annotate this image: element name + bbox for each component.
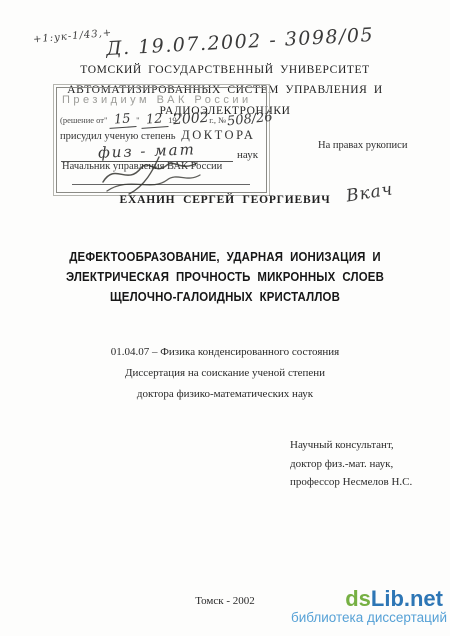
dissertation-title-line: ДЕФЕКТООБРАЗОВАНИЕ, УДАРНАЯ ИОНИЗАЦИЯ И	[27, 249, 423, 264]
dissertation-title-line: ЩЕЛОЧНО-ГАЛОИДНЫХ КРИСТАЛЛОВ	[27, 289, 423, 304]
consultant-block: Научный консультант, доктор физ.-мат. на…	[290, 436, 412, 492]
stamp-field-suffix: наук	[237, 149, 258, 161]
decision-prefix: (решение от	[60, 115, 104, 125]
decision-close-quote: "	[136, 115, 139, 125]
consultant-degree: доктор физ.-мат. наук,	[290, 455, 412, 474]
specialty-code: 01.04.07 – Физика конденсированного сост…	[0, 346, 450, 358]
awarded-prefix: присудил ученую степень	[60, 131, 176, 142]
stamp-presidium-text: Президиум ВАК России	[62, 94, 252, 106]
stamp-decision-line: (решение от " 15 " 12 19 2002 г., № 508/…	[60, 111, 265, 128]
university-name-line: ТОМСКИЙ ГОСУДАРСТВЕННЫЙ УНИВЕРСИТЕТ	[0, 64, 450, 76]
dslib-logo-ds: ds	[345, 586, 371, 611]
handwritten-inventory-code: +1:ук-1/43,+	[33, 28, 113, 46]
dslib-logo: dsLib.net	[345, 586, 443, 612]
consultant-role: Научный консультант,	[290, 436, 412, 455]
consultant-name: профессор Несмелов Н.С.	[290, 473, 412, 492]
handwritten-decision-month: 12	[140, 111, 168, 129]
dissertation-degree-line: доктора физико-математических наук	[0, 388, 450, 400]
dissertation-title-line: ЭЛЕКТРИЧЕСКАЯ ПРОЧНОСТЬ МИКРОННЫХ СЛОЕВ	[27, 269, 423, 284]
scanned-dissertation-title-page: +1:ук-1/43,+ Д. 19.07.2002 - 3098/05 ТОМ…	[0, 0, 450, 636]
dslib-subtitle: библиотека диссертаций	[291, 610, 447, 625]
handwritten-registration-note: Д. 19.07.2002 - 3098/05	[106, 24, 375, 60]
handwritten-decision-year: 2002	[172, 110, 209, 128]
decision-open-quote: "	[104, 115, 107, 125]
dissertation-purpose-line: Диссертация на соискание ученой степени	[0, 367, 450, 379]
manuscript-rights-note: На правах рукописи	[318, 140, 407, 151]
dslib-logo-libnet: Lib.net	[371, 586, 443, 611]
decision-number-label: г., №	[209, 115, 226, 125]
handwritten-decision-day: 15	[108, 111, 136, 129]
official-signature-scribble	[95, 152, 207, 196]
